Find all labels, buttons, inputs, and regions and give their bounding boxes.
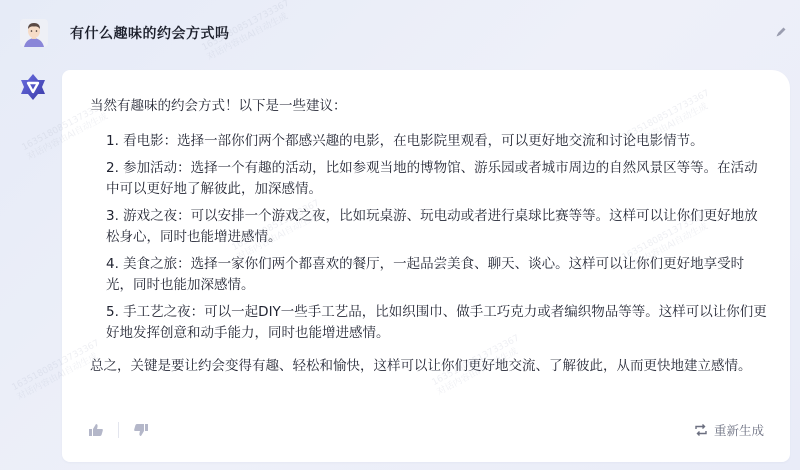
user-message-row: 有什么趣味的约会方式吗 [20, 18, 230, 48]
assistant-response-card: 当然有趣味的约会方式！以下是一些建议： 1. 看电影：选择一部你们两个都感兴趣的… [62, 70, 790, 462]
response-summary: 总之，关键是要让约会变得有趣、轻松和愉快，这样可以让你们更好地交流、了解彼此，从… [90, 356, 770, 377]
user-avatar [20, 19, 48, 47]
list-item: 3. 游戏之夜：可以安排一个游戏之夜，比如玩桌游、玩电动或者进行桌球比赛等等。这… [90, 206, 770, 248]
list-item: 5. 手工艺之夜：可以一起DIY一些手工艺品，比如织围巾、做手工巧克力或者编织物… [90, 302, 770, 344]
divider [118, 422, 119, 438]
response-footer: 重新生成 [88, 420, 764, 440]
list-item: 4. 美食之旅：选择一家你们两个都喜欢的餐厅，一起品尝美食、聊天、谈心。这样可以… [90, 254, 770, 296]
refresh-icon [694, 423, 708, 437]
edit-icon[interactable] [774, 24, 788, 38]
user-question: 有什么趣味的约会方式吗 [70, 23, 230, 43]
response-intro: 当然有趣味的约会方式！以下是一些建议： [90, 96, 770, 117]
response-content: 当然有趣味的约会方式！以下是一些建议： 1. 看电影：选择一部你们两个都感兴趣的… [90, 96, 770, 377]
thumbs-up-icon[interactable] [88, 422, 104, 438]
thumbs-down-icon[interactable] [133, 422, 149, 438]
list-item: 1. 看电影：选择一部你们两个都感兴趣的电影，在电影院里观看，可以更好地交流和讨… [90, 131, 770, 152]
assistant-logo-icon [18, 72, 48, 102]
regenerate-label: 重新生成 [714, 421, 764, 439]
regenerate-button[interactable]: 重新生成 [694, 421, 764, 439]
list-item: 2. 参加活动：选择一个有趣的活动，比如参观当地的博物馆、游乐园或者城市周边的自… [90, 158, 770, 200]
